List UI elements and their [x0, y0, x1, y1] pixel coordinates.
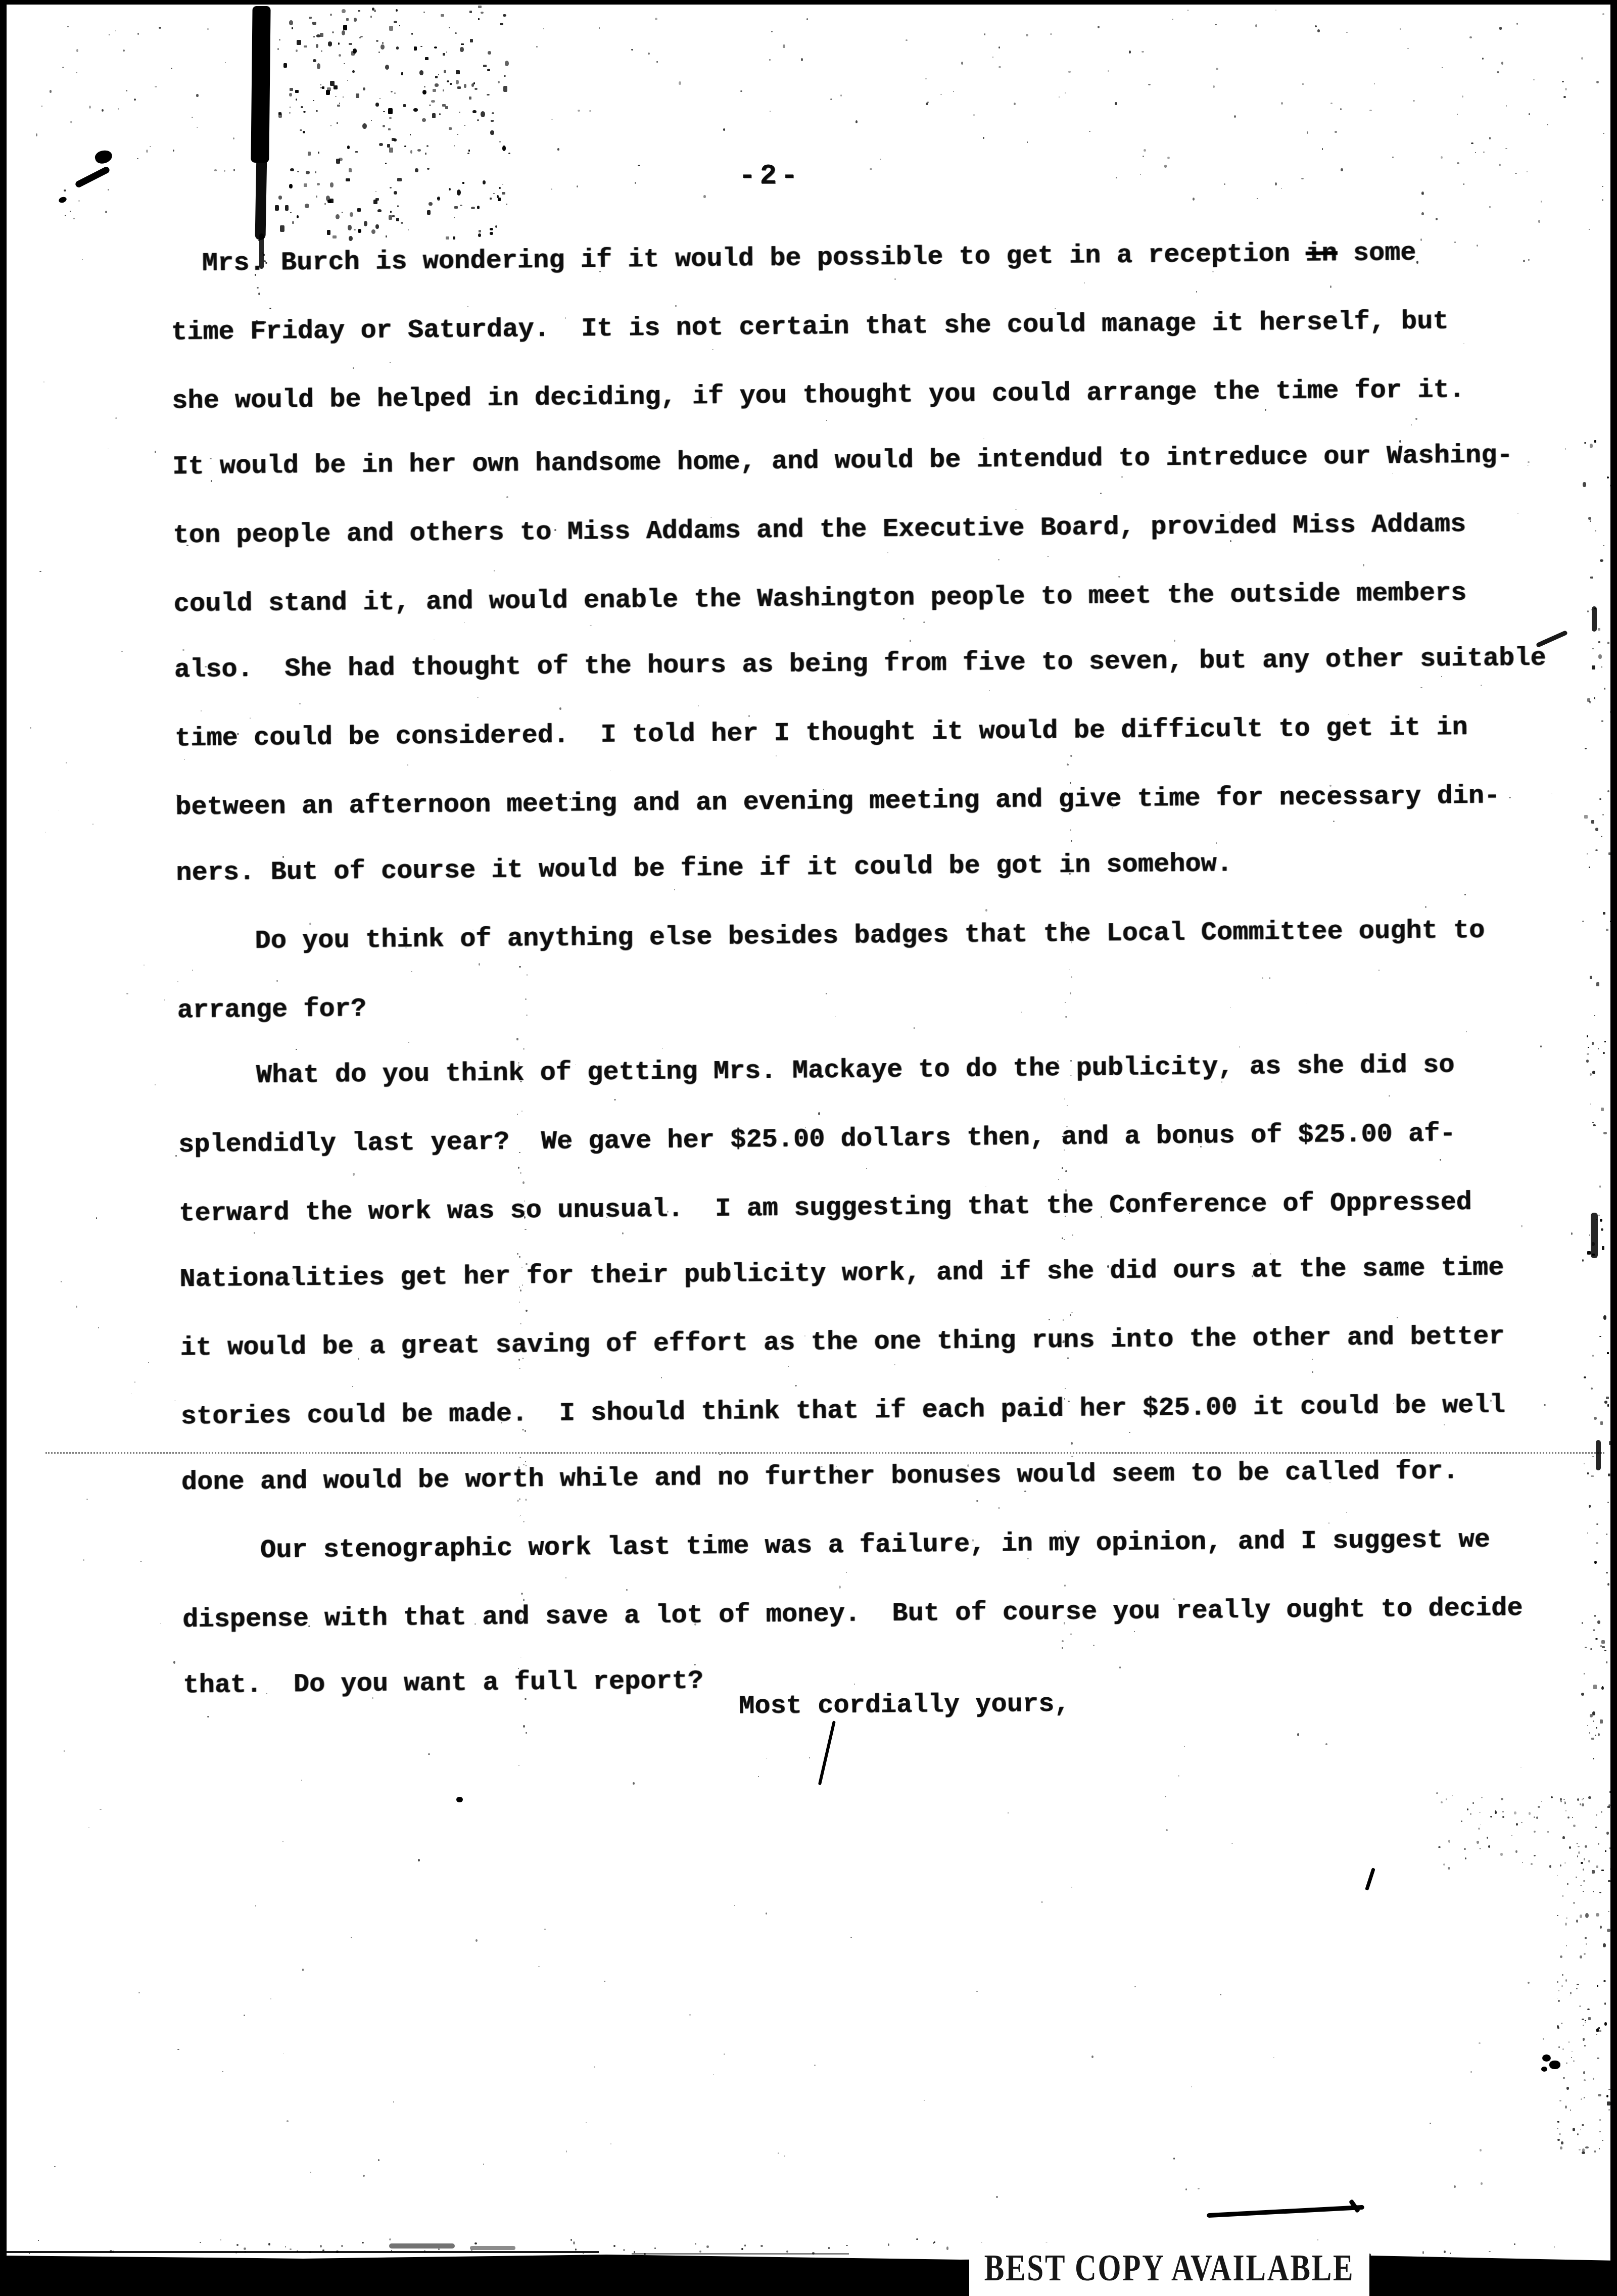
typed-line: Do you think of anything else besides ba…	[176, 896, 1592, 976]
typed-line: Nationalities get her for their publicit…	[179, 1233, 1595, 1313]
pen-mark	[818, 1720, 836, 1785]
pen-doodle	[74, 166, 111, 188]
typed-line: It would be in her own handsome home, an…	[172, 421, 1588, 501]
scan-smudge	[389, 2243, 455, 2249]
scan-bottom-band	[0, 2252, 1617, 2296]
typed-line: splendidly last year? We gave her $25.00…	[178, 1099, 1593, 1179]
best-copy-stamp: BEST COPY AVAILABLE	[969, 2242, 1369, 2296]
typed-line: it would be a great saving of effort as …	[180, 1302, 1595, 1382]
typed-line: Mrs. Burch is wondering if it would be p…	[170, 218, 1586, 298]
pen-doodle	[58, 196, 68, 204]
pen-mark	[1365, 1868, 1375, 1891]
pen-strikethrough: in	[1306, 238, 1338, 269]
typed-line: time Friday or Saturday. It is not certa…	[171, 286, 1586, 366]
scan-edge	[0, 0, 7, 2296]
typed-line: done and would be worth while and no fur…	[181, 1437, 1596, 1516]
ink-spot	[1549, 2061, 1560, 2069]
letter-body: Mrs. Burch is wondering if it would be p…	[170, 219, 1598, 1720]
page-number: -2-	[739, 160, 802, 192]
typed-line: ton people and others to Miss Addams and…	[173, 490, 1588, 569]
scan-edge	[0, 0, 1617, 5]
closing-line: Most cordially yours,	[739, 1689, 1070, 1721]
scan-artifact-rule	[45, 1452, 1604, 1454]
scan-artifact-line	[0, 2251, 599, 2253]
ink-spot	[456, 1797, 463, 1802]
scanned-letter-page: -2- Mrs. Burch is wondering if it would …	[0, 0, 1617, 2296]
typed-line: What do you think of getting Mrs. Mackay…	[177, 1030, 1593, 1110]
pen-doodle	[93, 148, 114, 165]
typed-line: Our stenographic work last time was a fa…	[181, 1505, 1597, 1585]
scan-edge	[1610, 0, 1617, 2296]
pen-mark	[1207, 2205, 1364, 2218]
ink-streak	[255, 152, 267, 240]
scan-smudge	[470, 2246, 515, 2250]
typed-line: also. She had thought of the hours as be…	[174, 624, 1589, 704]
stamp-text: BEST COPY AVAILABLE	[981, 2246, 1357, 2289]
ink-spot	[1541, 2067, 1547, 2072]
ink-streak	[251, 6, 270, 163]
scan-artifact-line	[632, 2253, 849, 2255]
typed-line: ners. But of course it would be fine if …	[176, 827, 1591, 907]
typed-line: time could be considered. I told her I t…	[174, 693, 1590, 773]
ink-spot	[1542, 2054, 1551, 2062]
